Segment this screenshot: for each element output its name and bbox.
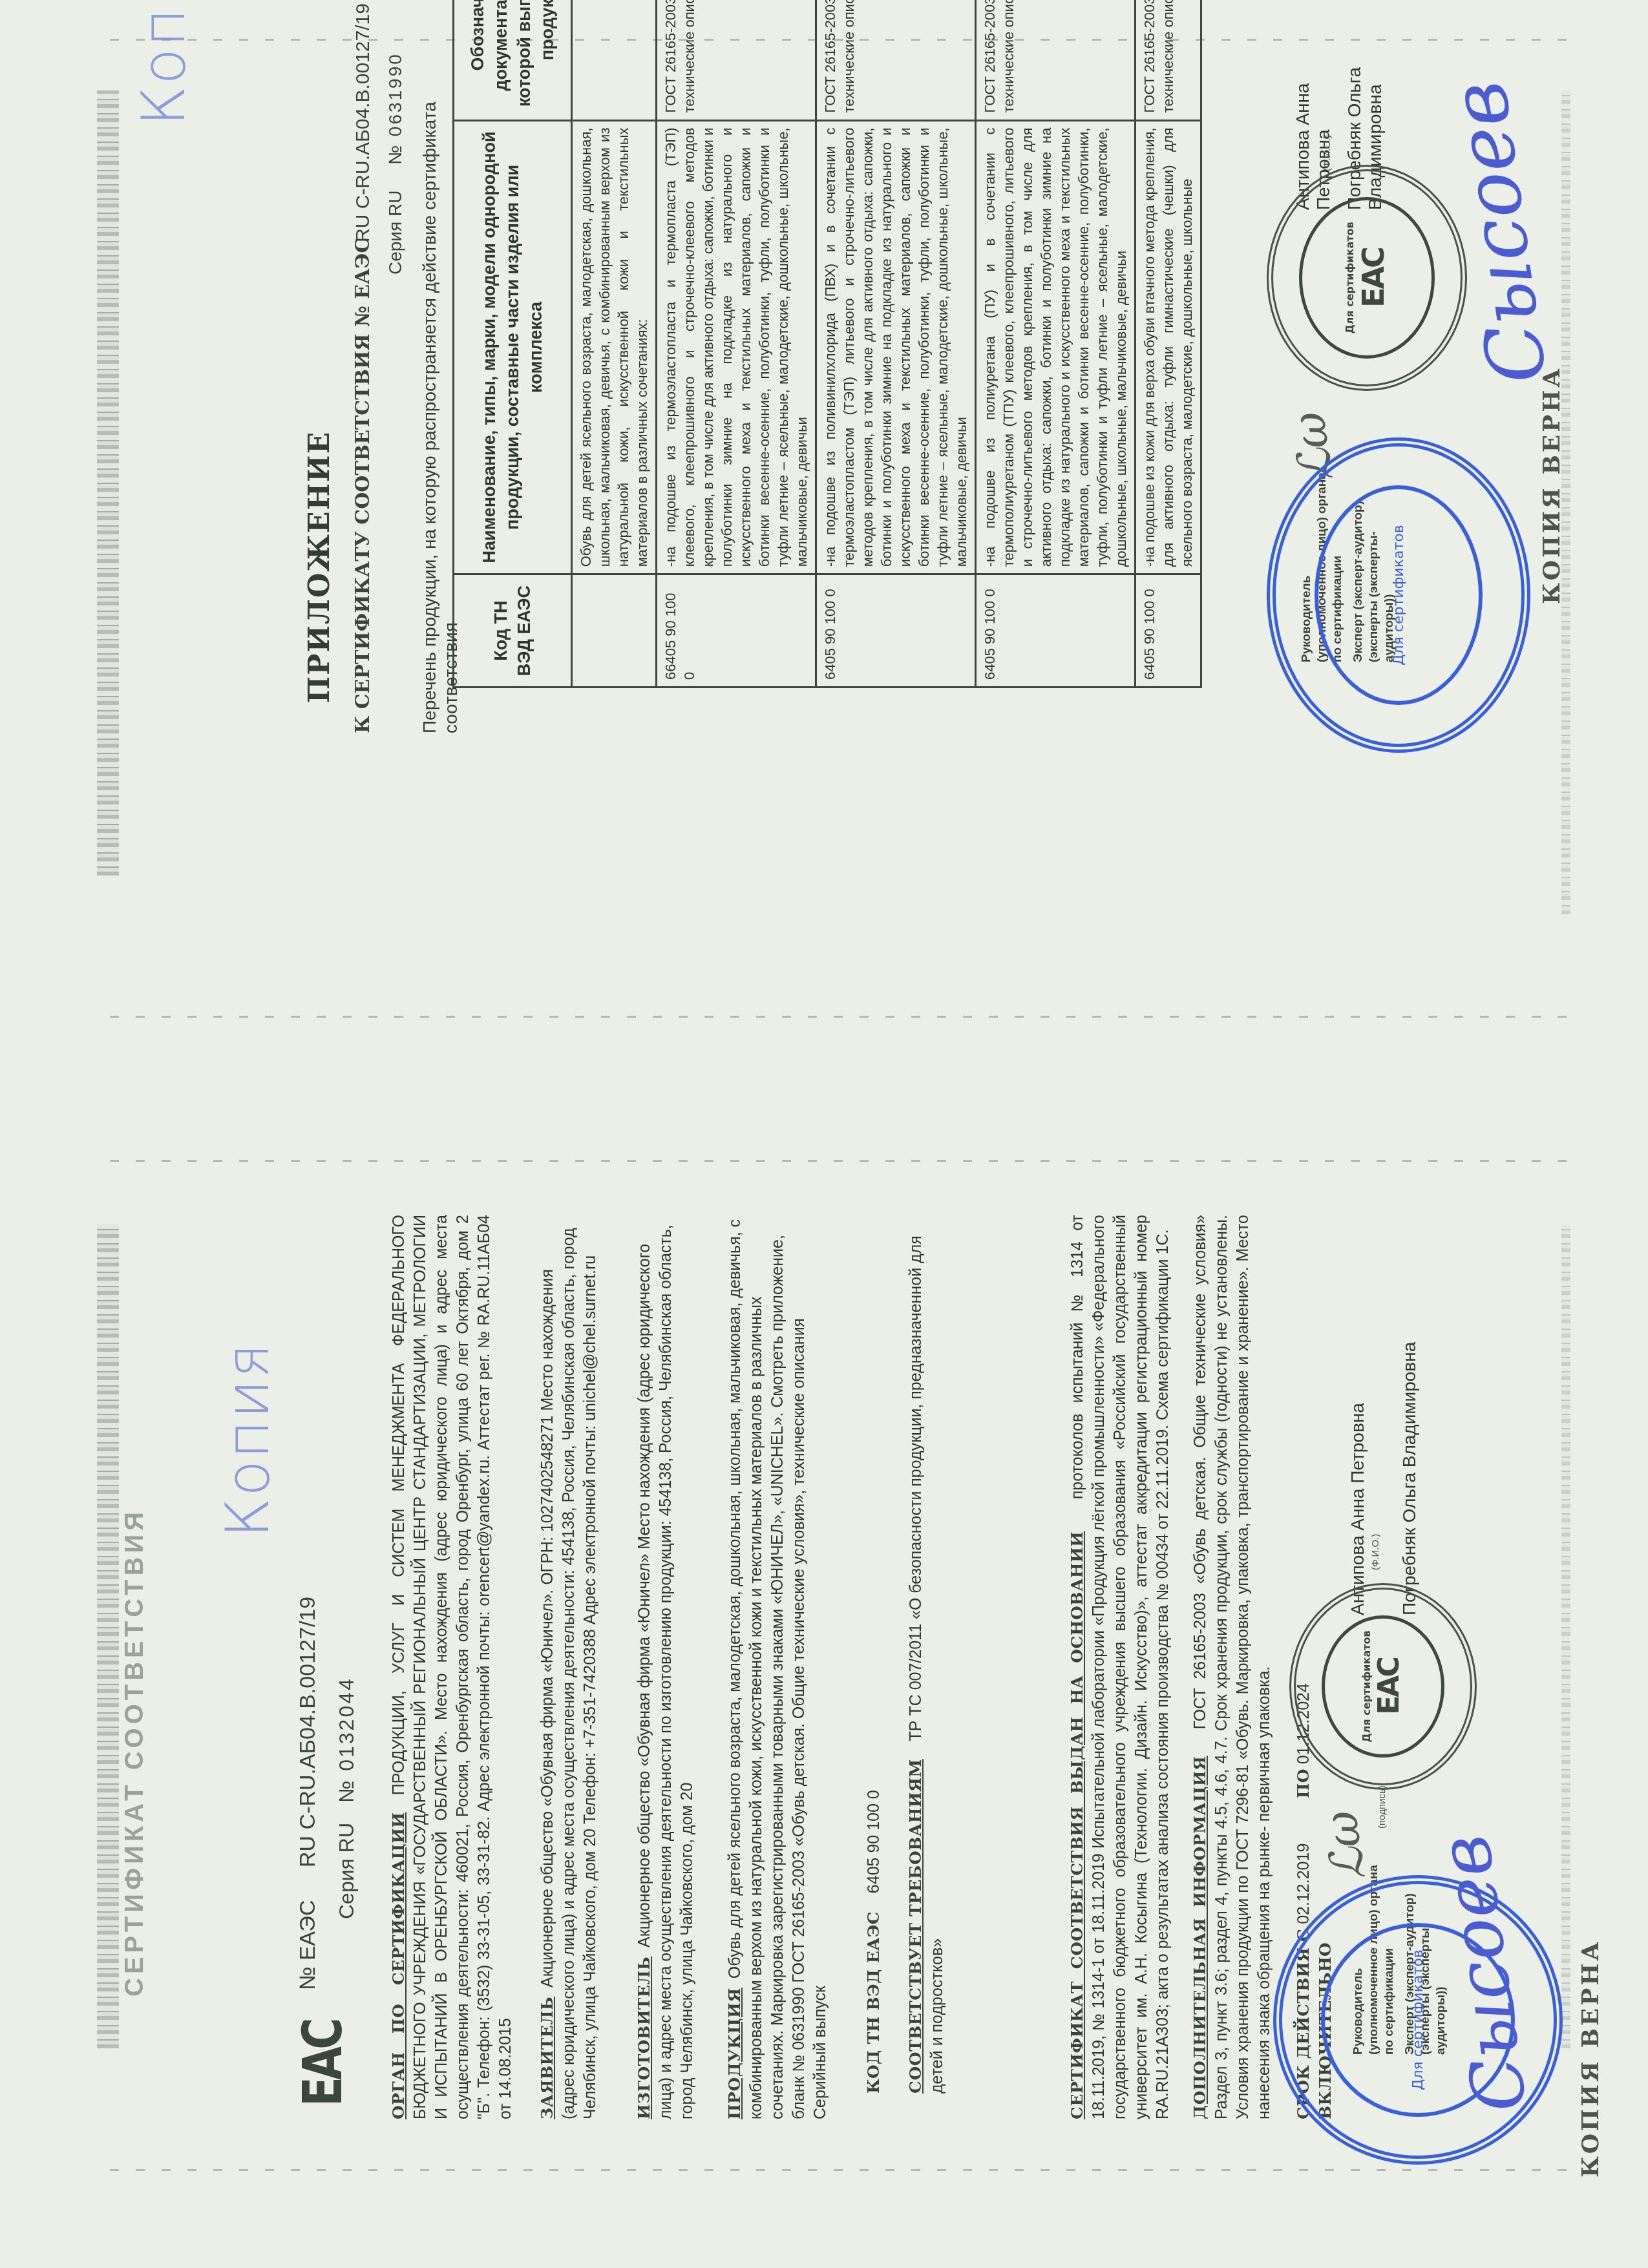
appendix-cert-number: RU C-RU.АБ04.В.00127/19 — [352, 3, 374, 242]
tn-code-block: КОД ТН ВЭД ЕАЭС 6405 90 100 0 — [863, 1790, 885, 2094]
copy-certified-mark: КОПИЯ ВЕРНА — [1577, 1939, 1604, 2178]
conformity-block: СООТВЕТСТВУЕТ ТРЕБОВАНИЯМ ТР ТС 007/2011… — [905, 1215, 948, 2094]
head-handwritten-signature: ℒω — [1314, 1807, 1376, 1884]
basis-header: СЕРТИФИКАТ СООТВЕТСТВИЯ ВЫДАН НА ОСНОВАН… — [1068, 1531, 1086, 2119]
security-border-bottom — [1561, 1224, 1570, 2048]
seal-center: Для сертификатов ЕАС — [1344, 222, 1391, 333]
certificate-blank-number: № 0132044 — [336, 1677, 357, 1803]
security-border — [97, 1224, 119, 2048]
organ-header: ОРГАН ПО СЕРТИФИКАЦИИ — [389, 1812, 408, 2119]
cell-doc: ГОСТ 26165-2003, технические описания — [657, 0, 816, 120]
product-table: Код ТН ВЭД ЕАЭС Наименование, типы, марк… — [452, 0, 1202, 688]
scanned-document: Копия ЕАС СЕРТИФИКАТ СООТВЕТСТВИЯ № ЕАЭС… — [0, 0, 1648, 2268]
certification-body-seal: Для сертификатов ЕАС — [1267, 165, 1467, 391]
seal-eac-mark: ЕАС — [1373, 1630, 1406, 1742]
certificate-number-label: № ЕАЭС — [297, 1900, 319, 1990]
conforms-header: СООТВЕТСТВУЕТ ТРЕБОВАНИЯМ — [906, 1759, 925, 2094]
cell-name: -на подошве из термоэластопласта и термо… — [657, 120, 816, 574]
cell-doc: ГОСТ 26165-2003, технические описания — [1136, 0, 1201, 120]
appendix-series: Серия RU — [385, 191, 406, 275]
product-header: ПРОДУКЦИЯ — [725, 1988, 744, 2119]
copy-certified-signature: Сысоев — [1433, 76, 1565, 390]
company-seal-center: Для сертификатов — [1391, 525, 1407, 665]
tn-code-value: 6405 90 100 0 — [865, 1790, 883, 1893]
copy-certified-mark: КОПИЯ ВЕРНА — [1538, 366, 1565, 604]
cell-code: 6405 90 100 0 — [976, 574, 1136, 688]
fio-caption: (Ф.И.О.) — [1322, 135, 1333, 171]
cell-doc: ГОСТ 26165-2003, технические описания — [976, 0, 1136, 120]
company-seal-center: Для сертификатов — [1410, 1949, 1426, 2090]
signature-caption: (подпись) — [1377, 1785, 1388, 1829]
tn-code-header: КОД ТН ВЭД ЕАЭС — [864, 1911, 883, 2094]
certification-body-seal: Для сертификатов ЕАС — [1289, 1583, 1477, 1790]
seal-caption: Для сертификатов — [1360, 1630, 1373, 1742]
additional-info-block: ДОПОЛНИТЕЛЬНАЯ ИНФОРМАЦИЯ ГОСТ 26165-200… — [1189, 1215, 1275, 2119]
cell-name: Обувь для детей ясельного возраста, мало… — [572, 120, 657, 574]
cell-code: 6405 90 100 0 — [1136, 574, 1201, 688]
appendix-subtitle: К СЕРТИФИКАТУ СООТВЕТСТВИЯ № ЕАЭС — [352, 238, 374, 733]
manufacturer-block: ИЗГОТОВИТЕЛЬ Акционерное общество «Обувн… — [633, 1215, 698, 2119]
cell-code: 6405 90 100 0 — [816, 574, 976, 688]
company-seal: Для сертификатов — [1267, 437, 1530, 753]
table-row: 6405 90 100 0-на подошве из полиуретана … — [976, 0, 1136, 688]
appendix-title: ПРИЛОЖЕНИЕ — [304, 0, 336, 1134]
serial-release: Серийный выпуск — [811, 1986, 829, 2119]
table-row: Обувь для детей ясельного возраста, мало… — [572, 0, 657, 688]
product-block: ПРОДУКЦИЯ Обувь для детей ясельного возр… — [724, 1215, 831, 2119]
basis-block: СЕРТИФИКАТ СООТВЕТСТВИЯ ВЫДАН НА ОСНОВАН… — [1066, 1215, 1174, 2119]
certificate-number: RU C-RU.АБ04.В.00127/19 — [297, 1597, 319, 1867]
product-text: Обувь для детей ясельного возраста, мало… — [726, 1219, 808, 2119]
cell-name: -на подошве из поливинилхлорида (ПВХ) и … — [816, 120, 976, 574]
validity-to-label: ПО — [1294, 1769, 1313, 1798]
column-header-doc: Обозначение документации, по которой вып… — [454, 0, 572, 120]
column-header-name: Наименование, типы, марки, модели одноро… — [454, 120, 572, 574]
appendix-blank-number: № 0631990 — [385, 52, 406, 165]
certificate-series: Серия RU — [336, 1823, 357, 1919]
security-border — [97, 90, 119, 876]
head-name: Антипова Анна Петровна — [1347, 1403, 1368, 1615]
table-row: 66405 90 100 0-на подошве из термоэласто… — [657, 0, 816, 688]
table-row: 6405 90 100 0-на подошве из поливинилхло… — [816, 0, 976, 688]
expert-name: Погребняк Ольга Владимировна — [1399, 1342, 1420, 1615]
applicant-text: Акционерное общество «Обувная фирма «Юни… — [538, 1228, 599, 2119]
certification-body-block: ОРГАН ПО СЕРТИФИКАЦИИ ПРОДУКЦИИ, УСЛУГ И… — [388, 1215, 516, 2119]
page-edge-right — [110, 1160, 1570, 1162]
table-header-row: Код ТН ВЭД ЕАЭС Наименование, типы, марк… — [454, 0, 572, 688]
additional-info-header: ДОПОЛНИТЕЛЬНАЯ ИНФОРМАЦИЯ — [1190, 1756, 1209, 2119]
copy-stamp: Копия — [213, 1342, 282, 1538]
certificate-banner-title: СЕРТИФИКАТ СООТВЕТСТВИЯ — [124, 1508, 145, 1997]
cell-code — [572, 574, 657, 688]
cell-name: -на подошве из кожи для верха обуви втач… — [1136, 120, 1201, 574]
fio-caption: (Ф.И.О.) — [1370, 1534, 1381, 1570]
cell-name: -на подошве из полиуретана (ПУ) и в соче… — [976, 120, 1136, 574]
certificate-page: Копия ЕАС СЕРТИФИКАТ СООТВЕТСТВИЯ № ЕАЭС… — [0, 1134, 1648, 2268]
seal-caption: Для сертификатов — [1344, 222, 1356, 333]
appendix-page: Копия ПРИЛОЖЕНИЕ К СЕРТИФИКАТУ СООТВЕТСТ… — [0, 0, 1648, 1134]
seal-eac-mark: ЕАС — [1356, 222, 1391, 333]
cell-doc: ГОСТ 26165-2003, технические описания — [816, 0, 976, 120]
copy-stamp: Копия — [129, 0, 198, 126]
column-header-code: Код ТН ВЭД ЕАЭС — [454, 574, 572, 688]
applicant-block: ЗАЯВИТЕЛЬ Акционерное общество «Обувная … — [536, 1215, 601, 2119]
seal-center: Для сертификатов ЕАС — [1360, 1630, 1406, 1742]
manufacturer-header: ИЗГОТОВИТЕЛЬ — [635, 1957, 653, 2119]
cell-doc — [572, 0, 657, 120]
cell-code: 66405 90 100 0 — [657, 574, 816, 688]
page-edge-left — [110, 2169, 1570, 2171]
validity-from: 02.12.2019 — [1294, 1843, 1313, 1924]
organ-text: ПРОДУКЦИИ, УСЛУГ И СИСТЕМ МЕНЕДЖМЕНТА ФЕ… — [390, 1215, 514, 2119]
applicant-header: ЗАЯВИТЕЛЬ — [538, 1997, 556, 2119]
table-row: 6405 90 100 0-на подошве из кожи для вер… — [1136, 0, 1201, 688]
eac-mark-logo: ЕАС — [291, 2021, 354, 2106]
